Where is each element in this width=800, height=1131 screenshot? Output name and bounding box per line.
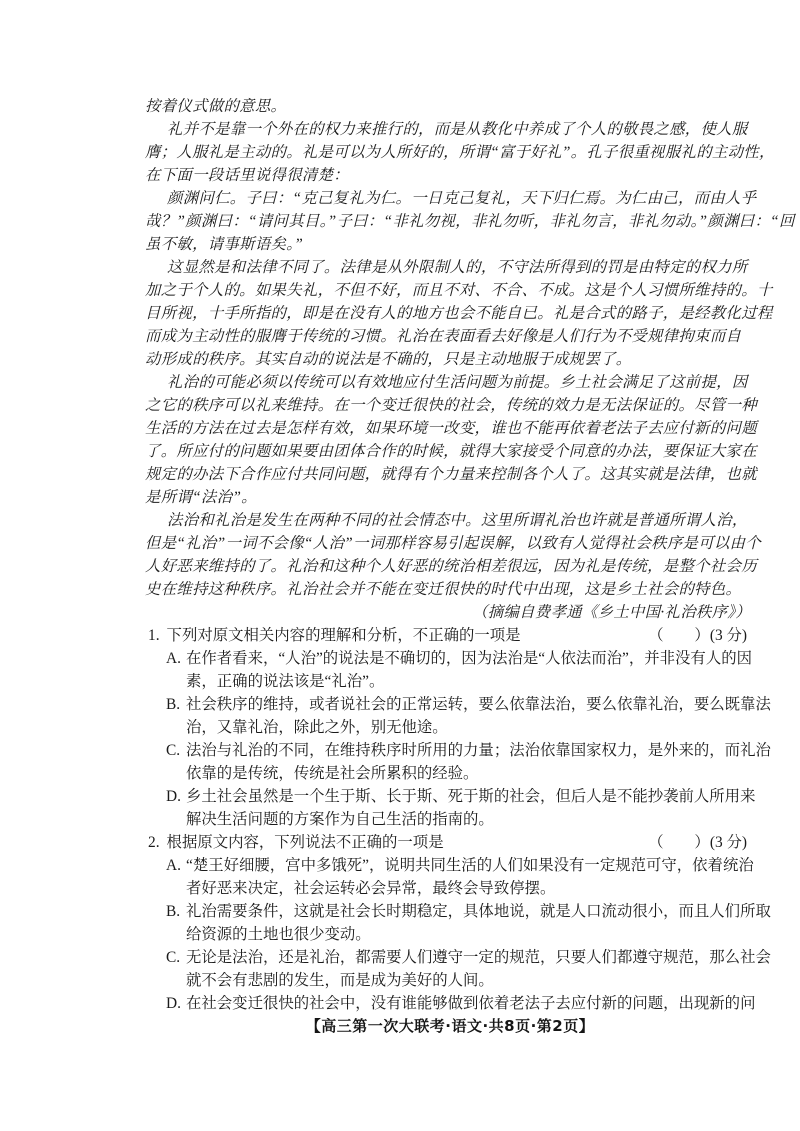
passage-line: 但是“礼治”一词不会像“人治”一词那样容易引起误解，以致有人觉得社会秩序是可以由… [145, 532, 755, 555]
question-number: 2. [145, 831, 160, 854]
exam-page-scan: { "passage": { "paragraphs": [ { "indent… [0, 0, 800, 1131]
page-footer: 【高三第一次大联考·语文·共8页·第2页】 [145, 1015, 755, 1038]
option-A: A.在作者看来，“人治”的说法是不确切的，因为法治是“人依法而治”，并非没有人的… [145, 647, 755, 693]
passage-line: 法治和礼治是发生在两种不同的社会情态中。这里所谓礼治也许就是普通所谓人治， [145, 509, 755, 532]
passage-line: 史在维持这种秩序。礼治社会并不能在变迁很快的时代中出现，这是乡土社会的特色。 [145, 578, 755, 601]
option-line: 无论是法治，还是礼治，都需要人们遵守一定的规范，只要人们都遵守规范，那么社会 [186, 946, 755, 969]
passage-line: 是所谓“法治”。 [145, 486, 755, 509]
answer-bracket-and-score: （ ）(3 分) [648, 831, 755, 854]
option-line: 礼治需要条件，这就是社会长时期稳定，具体地说，就是人口流动很小，而且人们所取 [186, 900, 755, 923]
question-stem-row: 2.根据原文内容，下列说法不正确的一项是（ ）(3 分) [145, 831, 755, 854]
text-column: 按着仪式做的意思。礼并不是靠一个外在的权力来推行的，而是从教化中养成了个人的敬畏… [145, 95, 755, 1038]
option-C: C.法治与礼治的不同，在维持秩序时所用的力量；法治依靠国家权力，是外来的，而礼治… [145, 739, 755, 785]
option-line: 法治与礼治的不同，在维持秩序时所用的力量；法治依靠国家权力，是外来的，而礼治 [186, 739, 755, 762]
option-letter: B. [166, 900, 180, 923]
passage-line: 目所视，十手所指的，即是在没有人的地方也会不能自已。礼是合式的路子，是经教化过程 [145, 302, 755, 325]
passage-line: 按着仪式做的意思。 [145, 95, 755, 118]
passage: 按着仪式做的意思。礼并不是靠一个外在的权力来推行的，而是从教化中养成了个人的敬畏… [145, 95, 755, 601]
passage-paragraph: 颜渊问仁。子曰：“克己复礼为仁。一日克己复礼，天下归仁焉。为仁由己，而由人乎哉？… [145, 187, 755, 256]
option-letter: C. [166, 946, 180, 969]
option-D: D.乡土社会虽然是一个生于斯、长于斯、死于斯的社会，但后人是不能抄袭前人所用来解… [145, 785, 755, 831]
passage-paragraph: 法治和礼治是发生在两种不同的社会情态中。这里所谓礼治也许就是普通所谓人治，但是“… [145, 509, 755, 601]
option-line: “楚王好细腰，宫中多饿死”，说明共同生活的人们如果没有一定规范可守，依着统治 [186, 854, 755, 877]
passage-line: 礼并不是靠一个外在的权力来推行的，而是从教化中养成了个人的敬畏之感，使人服 [145, 118, 755, 141]
questions: 1.下列对原文相关内容的理解和分析，不正确的一项是（ ）(3 分)A.在作者看来… [145, 624, 755, 1015]
passage-line: 了。所应付的问题如果要由团体合作的时候，就得大家接受个同意的办法，要保证大家在 [145, 440, 755, 463]
question-2: 2.根据原文内容，下列说法不正确的一项是（ ）(3 分)A.“楚王好细腰，宫中多… [145, 831, 755, 1015]
passage-line: 在下面一段话里说得很清楚： [145, 164, 755, 187]
passage-line: 人好恶来维持的了。礼治和这种个人好恶的统治相差很远，因为礼是传统，是整个社会历 [145, 555, 755, 578]
option-D: D.在社会变迁很快的社会中，没有谁能够做到依着老法子去应付新的问题，出现新的问 [145, 992, 755, 1015]
passage-line: 哉？”颜渊曰：“请问其目。”子曰：“非礼勿视，非礼勿听，非礼勿言，非礼勿动。”颜… [145, 210, 755, 233]
option-letter: D. [166, 992, 181, 1015]
option-line: 在作者看来，“人治”的说法是不确切的，因为法治是“人依法而治”，并非没有人的因 [186, 647, 755, 670]
passage-line: 礼治的可能必须以传统可以有效地应付生活问题为前提。乡土社会满足了这前提，因 [145, 371, 755, 394]
question-number: 1. [145, 624, 160, 647]
passage-line: 而成为主动性的服膺于传统的习惯。礼治在表面看去好像是人们行为不受规律拘束而自 [145, 325, 755, 348]
option-line: 给资源的土地也很少变动。 [186, 923, 755, 946]
passage-line: 之它的秩序可以礼来维持。在一个变迁很快的社会，传统的效力是无法保证的。尽管一种 [145, 394, 755, 417]
passage-line: 加之于个人的。如果失礼，不但不好，而且不对、不合、不成。这是个人习惯所维持的。十 [145, 279, 755, 302]
option-line: 社会秩序的维持，或者说社会的正常运转，要么依靠法治，要么依靠礼治，要么既靠法 [186, 693, 755, 716]
option-A: A.“楚王好细腰，宫中多饿死”，说明共同生活的人们如果没有一定规范可守，依着统治… [145, 854, 755, 900]
option-line: 者好恶来决定，社会运转必会异常，最终会导致停摆。 [186, 877, 755, 900]
option-letter: D. [166, 785, 181, 808]
question-stem-row: 1.下列对原文相关内容的理解和分析，不正确的一项是（ ）(3 分) [145, 624, 755, 647]
passage-line: 规定的办法下合作应付共同问题，就得有个力量来控制各个人了。这其实就是法律，也就 [145, 463, 755, 486]
option-letter: C. [166, 739, 180, 762]
option-line: 在社会变迁很快的社会中，没有谁能够做到依着老法子去应付新的问题，出现新的问 [186, 992, 755, 1015]
option-B: B.社会秩序的维持，或者说社会的正常运转，要么依靠法治，要么依靠礼治，要么既靠法… [145, 693, 755, 739]
question-stem: 下列对原文相关内容的理解和分析，不正确的一项是 [167, 624, 521, 647]
passage-line: 动形成的秩序。其实自动的说法是不确的，只是主动地服于成规罢了。 [145, 348, 755, 371]
passage-line: 膺；人服礼是主动的。礼是可以为人所好的，所谓“富于好礼”。孔子很重视服礼的主动性… [145, 141, 755, 164]
passage-paragraph: 礼治的可能必须以传统可以有效地应付生活问题为前提。乡土社会满足了这前提，因之它的… [145, 371, 755, 509]
question-stem: 根据原文内容，下列说法不正确的一项是 [167, 831, 444, 854]
option-letter: B. [166, 693, 180, 716]
passage-line: 生活的方法在过去是怎样有效，如果环境一改变，谁也不能再依着老法子去应付新的问题 [145, 417, 755, 440]
option-line: 治，又靠礼治，除此之外，别无他途。 [186, 716, 755, 739]
passage-attribution: （摘编自费孝通《乡土中国·礼治秩序》） [145, 601, 755, 624]
passage-paragraph: 按着仪式做的意思。 [145, 95, 755, 118]
option-line: 素，正确的说法该是“礼治”。 [186, 670, 755, 693]
option-line: 乡土社会虽然是一个生于斯、长于斯、死于斯的社会，但后人是不能抄袭前人所用来 [186, 785, 755, 808]
passage-line: 虽不敏，请事斯语矣。” [145, 233, 755, 256]
option-letter: A. [166, 647, 181, 670]
option-C: C.无论是法治，还是礼治，都需要人们遵守一定的规范，只要人们都遵守规范，那么社会… [145, 946, 755, 992]
option-line: 就不会有悲剧的发生，而是成为美好的人间。 [186, 969, 755, 992]
passage-paragraph: 这显然是和法律不同了。法律是从外限制人的，不守法所得到的罚是由特定的权力所加之于… [145, 256, 755, 371]
option-line: 解决生活问题的方案作为自己生活的指南的。 [186, 808, 755, 831]
option-letter: A. [166, 854, 181, 877]
passage-line: 颜渊问仁。子曰：“克己复礼为仁。一日克己复礼，天下归仁焉。为仁由己，而由人乎 [145, 187, 755, 210]
passage-line: 这显然是和法律不同了。法律是从外限制人的，不守法所得到的罚是由特定的权力所 [145, 256, 755, 279]
question-1: 1.下列对原文相关内容的理解和分析，不正确的一项是（ ）(3 分)A.在作者看来… [145, 624, 755, 831]
option-line: 依靠的是传统，传统是社会所累积的经验。 [186, 762, 755, 785]
answer-bracket-and-score: （ ）(3 分) [648, 624, 755, 647]
option-B: B.礼治需要条件，这就是社会长时期稳定，具体地说，就是人口流动很小，而且人们所取… [145, 900, 755, 946]
passage-paragraph: 礼并不是靠一个外在的权力来推行的，而是从教化中养成了个人的敬畏之感，使人服膺；人… [145, 118, 755, 187]
